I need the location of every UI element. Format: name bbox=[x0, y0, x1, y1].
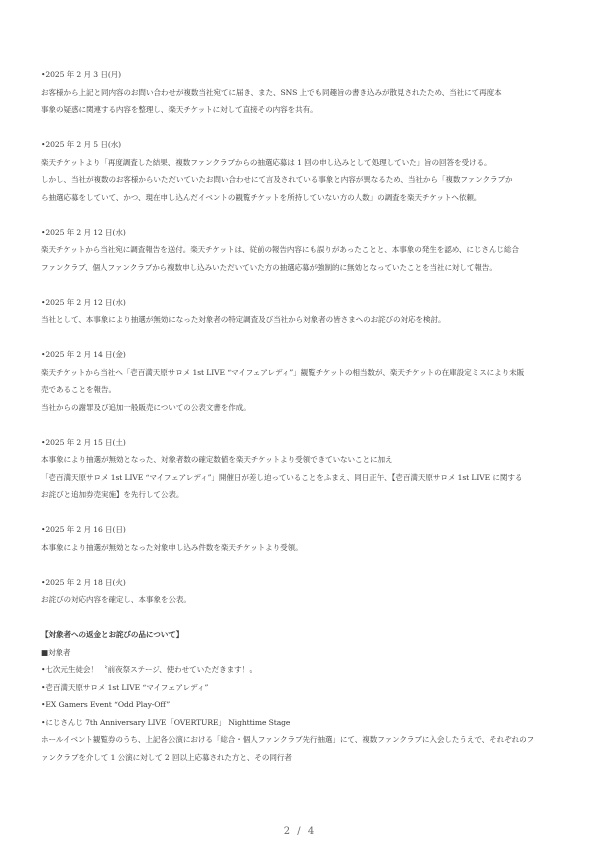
timeline-entry-4: •2025 年 2 月 14 日(金) 楽天チケットから当社へ「壱百満天原サロメ… bbox=[41, 346, 561, 416]
page-number: 2 / 4 bbox=[0, 826, 600, 837]
timeline-date: •2025 年 2 月 5 日(水) bbox=[41, 136, 561, 154]
event-list-item: •にじさんじ 7th Anniversary LIVE「OVERTURE」 Ni… bbox=[41, 714, 561, 732]
refund-section: 【対象者への返金とお詫びの品について】 ■対象者 •七次元生徒会！ 〝前夜祭ステ… bbox=[41, 626, 561, 766]
section-heading: 【対象者への返金とお詫びの品について】 bbox=[41, 626, 561, 644]
timeline-text: お詫びの対応内容を確定し、本事象を公表。 bbox=[41, 591, 561, 609]
event-list-item: •七次元生徒会！ 〝前夜祭ステージ、使わせていただきます！〟 bbox=[41, 661, 561, 679]
timeline-text: しかし、当社が複数のお客様からいただいていたお問い合わせにて言及されている事象と… bbox=[41, 171, 561, 189]
timeline-text: 売であることを報告。 bbox=[41, 381, 561, 399]
timeline-entry-6: •2025 年 2 月 16 日(日) 本事象により抽選が無効となった対象申し込… bbox=[41, 521, 561, 556]
subsection-heading: ■対象者 bbox=[41, 644, 561, 662]
timeline-entry-3: •2025 年 2 月 12 日(水) 当社として、本事象により抽選が無効になっ… bbox=[41, 294, 561, 329]
timeline-text: ら抽選応募をしていて、かつ、現在申し込んだイベントの観覧チケットを所持していない… bbox=[41, 189, 561, 207]
timeline-date: •2025 年 2 月 15 日(土) bbox=[41, 434, 561, 452]
timeline-date: •2025 年 2 月 14 日(金) bbox=[41, 346, 561, 364]
timeline-date: •2025 年 2 月 18 日(火) bbox=[41, 574, 561, 592]
timeline-date: •2025 年 2 月 12 日(水) bbox=[41, 294, 561, 312]
eligibility-text: ァンクラブを介して 1 公演に対して 2 回以上応募された方と、その同行者 bbox=[41, 749, 561, 767]
timeline-text: 当社として、本事象により抽選が無効になった対象者の特定調査及び当社から対象者の皆… bbox=[41, 311, 561, 329]
timeline-entry-0: •2025 年 2 月 3 日(月) お客様から上記と同内容のお問い合わせが複数… bbox=[41, 66, 561, 119]
eligibility-text: ホールイベント観覧券のうち、上記各公演における「総合・個人ファンクラブ先行抽選」… bbox=[41, 731, 561, 749]
timeline-text: ファンクラブ、個人ファンクラブから複数申し込みいただいていた方の抽選応募が強制的… bbox=[41, 259, 561, 277]
event-list-item: •EX Gamers Event “Odd Play-Off” bbox=[41, 696, 561, 714]
timeline-text: お詫びと追加券売実施】を先行して公表。 bbox=[41, 486, 561, 504]
timeline-text: 当社からの謝罪及び追加一般販売についての公表文書を作成。 bbox=[41, 399, 561, 417]
timeline-text: 楽天チケットから当社宛に調査報告を送付。楽天チケットは、従前の報告内容にも誤りが… bbox=[41, 241, 561, 259]
document-content: •2025 年 2 月 3 日(月) お客様から上記と同内容のお問い合わせが複数… bbox=[41, 66, 561, 766]
timeline-date: •2025 年 2 月 12 日(水) bbox=[41, 224, 561, 242]
timeline-text: 事象の疑惑に関連する内容を整理し、楽天チケットに対して直接その内容を共有。 bbox=[41, 101, 561, 119]
timeline-text: お客様から上記と同内容のお問い合わせが複数当社宛てに届き、また、SNS 上でも同… bbox=[41, 84, 561, 102]
timeline-text: 楽天チケットより「再度調査した結果、複数ファンクラブからの抽選応募は 1 回の申… bbox=[41, 154, 561, 172]
timeline-entry-1: •2025 年 2 月 5 日(水) 楽天チケットより「再度調査した結果、複数フ… bbox=[41, 136, 561, 206]
timeline-text: 「壱百満天原サロメ 1st LIVE “マイフェアレディ”」開催日が差し迫ってい… bbox=[41, 469, 561, 487]
timeline-text: 楽天チケットから当社へ「壱百満天原サロメ 1st LIVE “マイフェアレディ”… bbox=[41, 364, 561, 382]
timeline-date: •2025 年 2 月 16 日(日) bbox=[41, 521, 561, 539]
timeline-entry-7: •2025 年 2 月 18 日(火) お詫びの対応内容を確定し、本事象を公表。 bbox=[41, 574, 561, 609]
document-page: •2025 年 2 月 3 日(月) お客様から上記と同内容のお問い合わせが複数… bbox=[0, 0, 600, 850]
timeline-entry-5: •2025 年 2 月 15 日(土) 本事象により抽選が無効となった、対象者数… bbox=[41, 434, 561, 504]
timeline-date: •2025 年 2 月 3 日(月) bbox=[41, 66, 561, 84]
timeline-text: 本事象により抽選が無効となった対象申し込み件数を楽天チケットより受領。 bbox=[41, 539, 561, 557]
event-list-item: •壱百満天原サロメ 1st LIVE “マイフェアレディ” bbox=[41, 679, 561, 697]
timeline-text: 本事象により抽選が無効となった、対象者数の確定数値を楽天チケットより受領できてい… bbox=[41, 451, 561, 469]
timeline-entry-2: •2025 年 2 月 12 日(水) 楽天チケットから当社宛に調査報告を送付。… bbox=[41, 224, 561, 277]
